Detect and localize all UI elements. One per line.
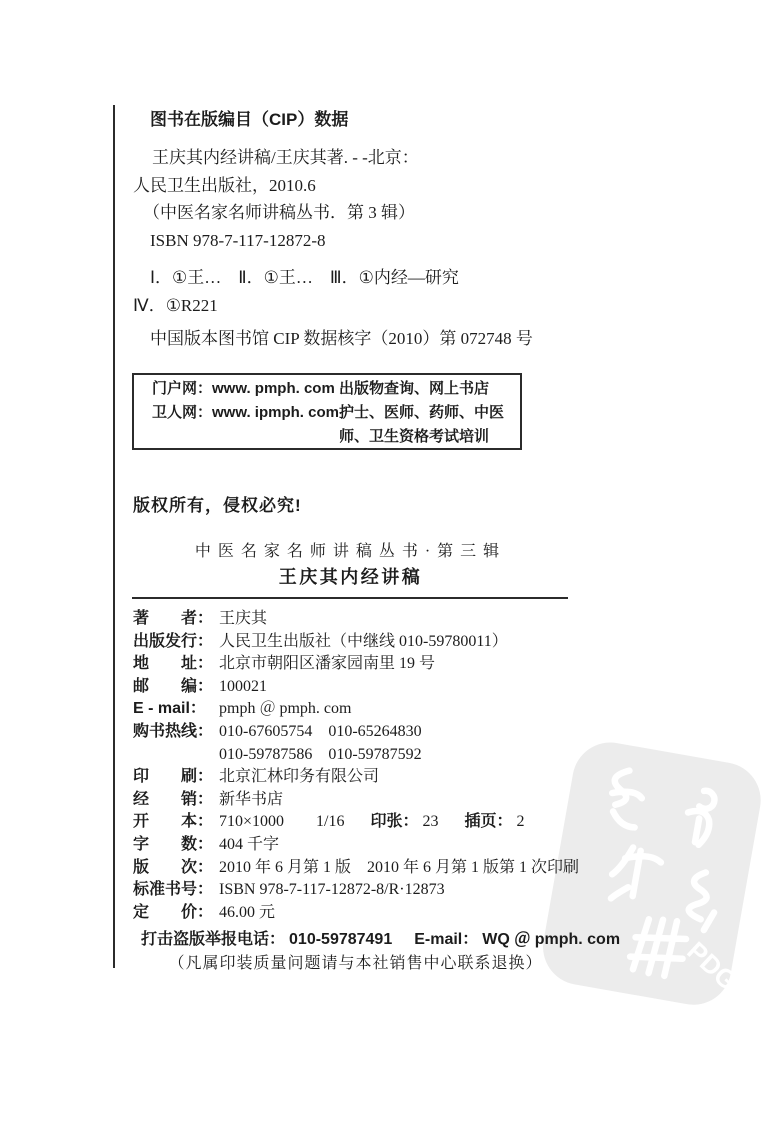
portal-site-url: www. pmph. com [212,380,335,397]
row-value: 北京市朝阳区潘家园南里 19 号 [219,653,435,676]
row-value: pmph ＠ pmph. com [219,698,351,721]
sheets-label: 印张： [370,813,418,830]
colophon-row-publisher: 出版发行： 人民卫生出版社（中继线 010-59780011） [133,631,603,654]
row-value: 010-59787586 010-59787592 [219,744,422,767]
portal-description: 出版物查询、网上书店 [339,377,520,401]
colophon-row-hotline: 购书热线： 010-67605754 010-65264830 [133,721,603,744]
colophon-row-wordcount: 字 数： 404 千字 [133,834,603,857]
row-label-empty [133,744,213,767]
weiren-site-line: 卫人网：www. ipmph. com [152,401,339,425]
series-title: 中医名家名师讲稿丛书·第三辑 [133,538,568,561]
row-value: 46.00 元 [219,902,275,925]
row-value: 010-67605754 010-65264830 [219,721,422,744]
info-box-urls: 门户网：www. pmph. com 卫人网：www. ipmph. com [152,377,339,448]
row-label: 标准书号： [133,879,213,902]
publisher-info-box: 门户网：www. pmph. com 卫人网：www. ipmph. com 出… [132,373,522,450]
row-value: 北京汇林印务有限公司 [219,766,379,789]
cip-classification-line-1: Ⅰ．①王… Ⅱ．①王… Ⅲ．①内经—研究 [133,264,581,292]
anti-piracy-label: 打击盗版举报电话： [141,931,285,948]
row-label: 定 价： [133,902,213,925]
cip-publication-line-2: 人民卫生出版社，2010.6 [133,172,581,200]
row-label: 字 数： [133,834,213,857]
copyright-page: PDG 图书在版编目（CIP）数据 王庆其内经讲稿/王庆其著. - -北京： 人… [0,0,784,1122]
row-value: 710×1000 1/16印张：23插页：2 [219,811,525,834]
colophon-row-price: 定 价： 46.00 元 [133,902,603,925]
row-label: 邮 编： [133,676,213,699]
portal-site-label: 门户网： [152,380,212,397]
anti-piracy-line: 打击盗版举报电话：010-59787491E-mail：WQ ＠ pmph. c… [141,926,620,949]
cip-heading: 图书在版编目（CIP）数据 [133,107,581,133]
cip-record-number: 中国版本图书馆 CIP 数据核字（2010）第 072748 号 [133,325,581,353]
anti-piracy-email: WQ ＠ pmph. com [482,931,620,948]
row-value: 404 千字 [219,834,279,857]
row-label: E - mail： [133,698,213,721]
row-label: 印 刷： [133,766,213,789]
row-value: 人民卫生出版社（中继线 010-59780011） [219,631,508,654]
colophon-row-edition: 版 次： 2010 年 6 月第 1 版 2010 年 6 月第 1 版第 1 … [133,857,603,880]
weiren-description-2: 师、卫生资格考试培训 [339,425,520,449]
anti-piracy-email-label: E-mail： [414,931,478,948]
inserts-value: 2 [517,813,525,830]
page-gutter-line [113,105,115,968]
row-value: 新华书店 [219,789,283,812]
colophon-row-hotline-2: 010-59787586 010-59787592 [133,744,603,767]
anti-piracy-phone: 010-59787491 [289,931,392,948]
row-label: 出版发行： [133,631,213,654]
colophon-row-postcode: 邮 编： 100021 [133,676,603,699]
colophon-row-address: 地 址： 北京市朝阳区潘家园南里 19 号 [133,653,603,676]
row-label: 开 本： [133,811,213,834]
row-label: 经 销： [133,789,213,812]
cip-series-line: （中医名家名师讲稿丛书．第 3 辑） [133,199,581,227]
row-label: 著 者： [133,608,213,631]
colophon-row-printer: 印 刷： 北京汇林印务有限公司 [133,766,603,789]
colophon-list: 著 者： 王庆其 出版发行： 人民卫生出版社（中继线 010-59780011）… [133,608,603,924]
row-label: 地 址： [133,653,213,676]
book-title: 王庆其内经讲稿 [133,563,568,589]
sheets-value: 23 [423,813,439,830]
format-value: 710×1000 1/16 [219,813,344,830]
row-label: 版 次： [133,857,213,880]
weiren-site-url: www. ipmph. com [212,404,339,421]
row-label: 购书热线： [133,721,213,744]
row-value: 王庆其 [219,608,267,631]
portal-site-line: 门户网：www. pmph. com [152,377,339,401]
row-value: ISBN 978-7-117-12872-8/R·12873 [219,879,445,902]
row-value: 2010 年 6 月第 1 版 2010 年 6 月第 1 版第 1 次印刷 [219,857,579,880]
inserts-label: 插页： [465,813,513,830]
copyright-notice: 版权所有，侵权必究! [133,491,302,516]
cip-block: 图书在版编目（CIP）数据 王庆其内经讲稿/王庆其著. - -北京： 人民卫生出… [133,107,581,353]
colophon-row-format: 开 本： 710×1000 1/16印张：23插页：2 [133,811,603,834]
colophon-row-book-number: 标准书号： ISBN 978-7-117-12872-8/R·12873 [133,879,603,902]
cip-publication-line-1: 王庆其内经讲稿/王庆其著. - -北京： [133,144,581,172]
row-value: 100021 [219,676,267,699]
title-divider [132,597,568,599]
weiren-site-label: 卫人网： [152,404,212,421]
colophon-row-author: 著 者： 王庆其 [133,608,603,631]
cip-classification-line-2: Ⅳ．①R221 [133,292,581,320]
colophon-row-distributor: 经 销： 新华书店 [133,789,603,812]
info-box-descriptions: 出版物查询、网上书店 护士、医师、药师、中医 师、卫生资格考试培训 [339,377,520,448]
colophon-row-email: E - mail： pmph ＠ pmph. com [133,698,603,721]
weiren-description-1: 护士、医师、药师、中医 [339,401,520,425]
return-note: （凡属印装质量问题请与本社销售中心联系退换） [133,950,578,973]
cip-isbn: ISBN 978-7-117-12872-8 [133,227,581,255]
